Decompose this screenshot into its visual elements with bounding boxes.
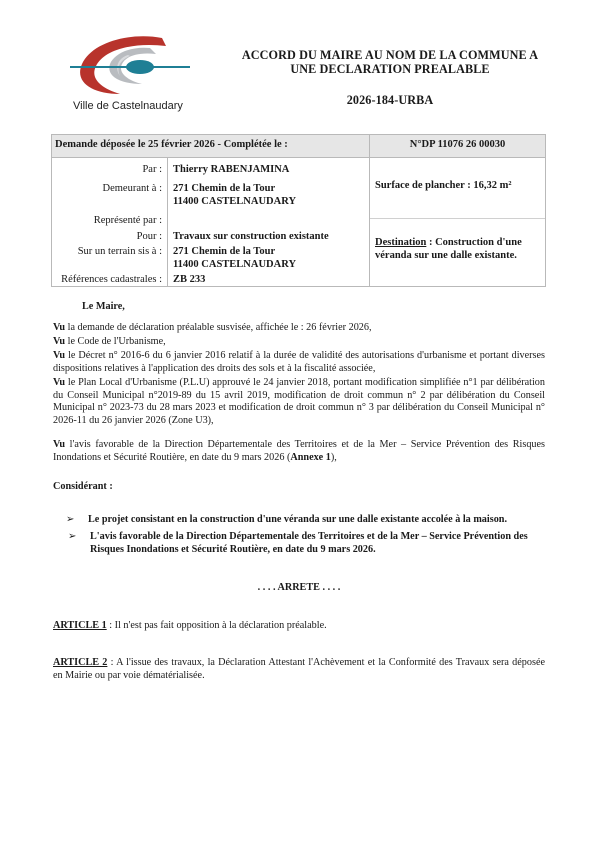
vu-paragraph-2: Vu le Code de l'Urbanisme,	[53, 336, 545, 349]
dp-number: N°DP 11076 26 00030	[370, 139, 545, 150]
article-2: ARTICLE 2 : A l'issue des travaux, la Dé…	[53, 657, 545, 682]
applicant-address-line1: 271 Chemin de la Tour	[173, 183, 275, 196]
arrow-bullet-icon: ➢	[66, 514, 75, 527]
table-header: Demande déposée le 25 février 2026 - Com…	[52, 135, 545, 158]
document-title-line1: ACCORD DU MAIRE AU NOM DE LA COMMUNE A	[200, 48, 580, 63]
site-address-line2: 11400 CASTELNAUDARY	[173, 259, 296, 272]
label-cadastre: Références cadastrales :	[52, 274, 162, 287]
column-divider	[369, 135, 370, 286]
site-address-line1: 271 Chemin de la Tour	[173, 246, 275, 259]
vu-paragraph-5: Vu l'avis favorable de la Direction Dépa…	[53, 439, 545, 464]
document-title-line2: UNE DECLARATION PREALABLE	[200, 62, 580, 77]
considerant-heading: Considérant :	[53, 481, 545, 494]
label-pour: Pour :	[52, 231, 162, 244]
destination: Destination : Construction d'une véranda…	[375, 237, 540, 262]
label-divider	[167, 157, 168, 286]
city-name: Ville de Castelnaudary	[73, 100, 183, 112]
article-1: ARTICLE 1 : Il n'est pas fait opposition…	[53, 620, 545, 633]
floor-area: Surface de plancher : 16,32 m²	[375, 180, 540, 193]
applicant-name: Thierry RABENJAMINA	[173, 164, 289, 177]
right-cell-divider	[370, 218, 545, 219]
applicant-address-line2: 11400 CASTELNAUDARY	[173, 196, 296, 209]
arrete-heading: . . . . ARRETE . . . .	[53, 582, 545, 593]
request-date: Demande déposée le 25 février 2026 - Com…	[55, 139, 288, 150]
label-demeurant: Demeurant à :	[52, 183, 162, 196]
document-reference: 2026-184-URBA	[200, 93, 580, 108]
arrow-bullet-icon: ➢	[68, 531, 77, 544]
vu-paragraph-1: Vu la demande de déclaration préalable s…	[53, 322, 545, 335]
request-info-table: Demande déposée le 25 février 2026 - Com…	[51, 134, 546, 287]
cadastral-reference: ZB 233	[173, 274, 205, 287]
works-type: Travaux sur construction existante	[173, 231, 329, 244]
castelnaudary-logo-icon	[70, 34, 190, 96]
vu-paragraph-4: Vu le Plan Local d'Urbanisme (P.L.U) app…	[53, 377, 545, 427]
le-maire: Le Maire,	[82, 301, 574, 314]
destination-label: Destination	[375, 237, 426, 248]
label-par: Par :	[52, 164, 162, 177]
label-represente: Représenté par :	[52, 215, 162, 228]
vu-paragraph-3: Vu le Décret n° 2016-6 du 6 janvier 2016…	[53, 350, 545, 375]
label-terrain: Sur un terrain sis à :	[52, 246, 162, 259]
